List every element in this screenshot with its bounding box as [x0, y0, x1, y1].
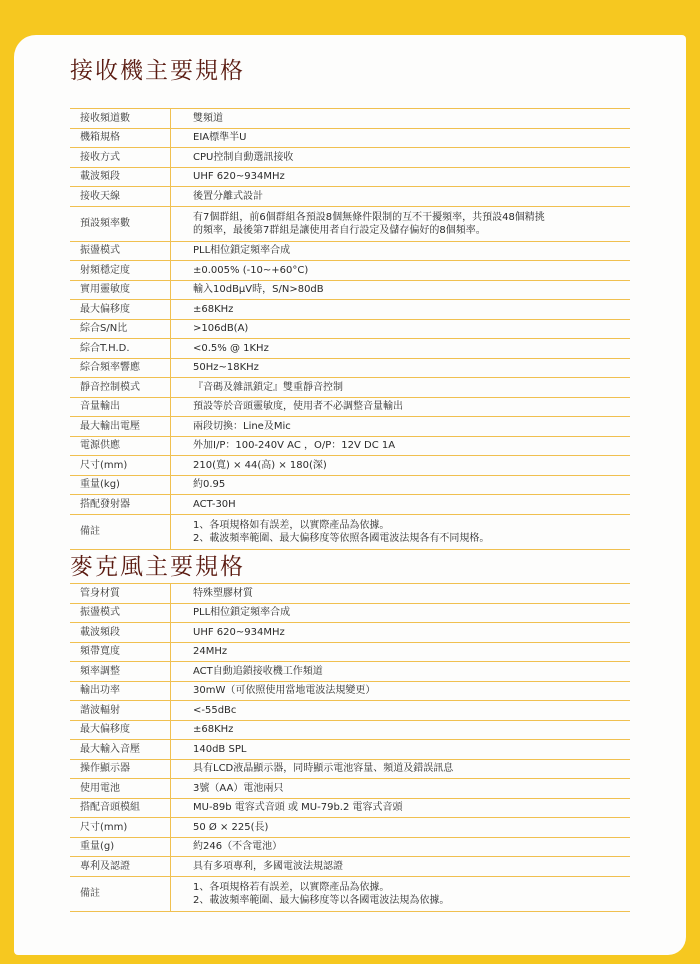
spec-row: 備註1、各項規格如有誤差，以實際產品為依據。2、載波頻率範圍、最大偏移度等依照各… [70, 514, 630, 549]
spec-value-line: 外加I/P：100-240V AC ，O/P：12V DC 1A [193, 439, 630, 452]
spec-value-line: 約246（不含電池） [193, 840, 630, 853]
spec-value-line: MU-89b 電容式音頭 或 MU-79b.2 電容式音頭 [193, 801, 630, 814]
spec-value-line: 2、載波頻率範圍、最大偏移度等以各國電波法規為依據。 [193, 894, 630, 907]
spec-row: 搭配音頭模組MU-89b 電容式音頭 或 MU-79b.2 電容式音頭 [70, 798, 630, 818]
spec-value-line: 50 Ø × 225(長) [193, 821, 630, 834]
spec-value-line: 『音碼及雜訊鎖定』雙重靜音控制 [193, 381, 630, 394]
spec-value: 約0.95 [171, 475, 631, 495]
spec-label: 綜合T.H.D. [70, 339, 171, 359]
spec-label: 實用靈敏度 [70, 280, 171, 300]
spec-row: 振盪模式PLL相位鎖定頻率合成 [70, 603, 630, 623]
spec-value: 預設等於音頭靈敏度，使用者不必調整音量輸出 [171, 397, 631, 417]
spec-value: ±0.005% (-10~+60°C) [171, 261, 631, 281]
spec-row: 頻率調整ACT自動追鎖接收機工作頻道 [70, 662, 630, 682]
spec-row: 接收方式CPU控制自動選訊接收 [70, 148, 630, 168]
spec-label: 最大輸入音壓 [70, 740, 171, 760]
spec-value-line: >106dB(A) [193, 322, 630, 335]
spec-value-line: PLL相位鎖定頻率合成 [193, 606, 630, 619]
spec-label: 最大偏移度 [70, 300, 171, 320]
spec-value-line: 2、載波頻率範圍、最大偏移度等依照各國電波法規各有不同規格。 [193, 532, 630, 545]
spec-label: 尺寸(mm) [70, 456, 171, 476]
spec-value: MU-89b 電容式音頭 或 MU-79b.2 電容式音頭 [171, 798, 631, 818]
spec-value: EIA標準半U [171, 128, 631, 148]
spec-row: 實用靈敏度輸入10dBμV時，S/N>80dB [70, 280, 630, 300]
spec-value: 兩段切換：Line及Mic [171, 417, 631, 437]
spec-value-line: 的頻率，最後第7群組是讓使用者自行設定及儲存偏好的8個頻率。 [193, 224, 630, 237]
spec-value-line: 雙頻道 [193, 112, 630, 125]
spec-label: 最大偏移度 [70, 720, 171, 740]
spec-value-line: 輸入10dBμV時，S/N>80dB [193, 283, 630, 296]
spec-label: 備註 [70, 876, 171, 911]
spec-row: 綜合T.H.D.<0.5% @ 1KHz [70, 339, 630, 359]
spec-label: 載波頻段 [70, 623, 171, 643]
spec-value: PLL相位鎖定頻率合成 [171, 603, 631, 623]
spec-value-line: <-55dBc [193, 704, 630, 717]
spec-row: 備註1、各項規格若有誤差，以實際產品為依據。2、載波頻率範圍、最大偏移度等以各國… [70, 876, 630, 911]
spec-label: 操作顯示器 [70, 759, 171, 779]
spec-label: 射頻穩定度 [70, 261, 171, 281]
spec-value-line: ±68KHz [193, 723, 630, 736]
spec-row: 音量輸出預設等於音頭靈敏度，使用者不必調整音量輸出 [70, 397, 630, 417]
spec-value-line: 24MHz [193, 645, 630, 658]
spec-label: 機箱規格 [70, 128, 171, 148]
spec-value: 50 Ø × 225(長) [171, 818, 631, 838]
spec-row: 射頻穩定度±0.005% (-10~+60°C) [70, 261, 630, 281]
spec-value: ACT-30H [171, 495, 631, 515]
spec-value: 具有多項專利，多國電波法規認證 [171, 857, 631, 877]
microphone-specs-title: 麥克風主要規格 [70, 548, 245, 581]
spec-row: 接收天線後置分離式設計 [70, 187, 630, 207]
spec-label: 管身材質 [70, 584, 171, 604]
receiver-specs-title: 接收機主要規格 [70, 52, 245, 85]
spec-value-line: 具有多項專利，多國電波法規認證 [193, 860, 630, 873]
spec-row: 最大輸出電壓兩段切換：Line及Mic [70, 417, 630, 437]
spec-value-line: 具有LCD液晶顯示器，同時顯示電池容量、頻道及錯誤訊息 [193, 762, 630, 775]
spec-label: 載波頻段 [70, 167, 171, 187]
spec-value: PLL相位鎖定頻率合成 [171, 241, 631, 261]
spec-row: 綜合S/N比>106dB(A) [70, 319, 630, 339]
spec-row: 載波頻段UHF 620~934MHz [70, 167, 630, 187]
spec-value: 3號（AA）電池兩只 [171, 779, 631, 799]
spec-value: CPU控制自動選訊接收 [171, 148, 631, 168]
spec-value: <-55dBc [171, 701, 631, 721]
spec-label: 預設頻率數 [70, 206, 171, 241]
spec-value: <0.5% @ 1KHz [171, 339, 631, 359]
spec-label: 綜合S/N比 [70, 319, 171, 339]
spec-label: 尺寸(mm) [70, 818, 171, 838]
spec-row: 最大輸入音壓140dB SPL [70, 740, 630, 760]
spec-label: 重量(g) [70, 837, 171, 857]
spec-value-line: 1、各項規格若有誤差，以實際產品為依據。 [193, 881, 630, 894]
spec-value-line: 50Hz~18KHz [193, 361, 630, 374]
spec-value: 約246（不含電池） [171, 837, 631, 857]
spec-value-line: 兩段切換：Line及Mic [193, 420, 630, 433]
spec-value-line: 特殊塑膠材質 [193, 587, 630, 600]
spec-row: 尺寸(mm)50 Ø × 225(長) [70, 818, 630, 838]
spec-row: 最大偏移度±68KHz [70, 720, 630, 740]
spec-value-line: CPU控制自動選訊接收 [193, 151, 630, 164]
spec-value: 具有LCD液晶顯示器，同時顯示電池容量、頻道及錯誤訊息 [171, 759, 631, 779]
spec-value: ±68KHz [171, 300, 631, 320]
spec-value-line: 預設等於音頭靈敏度，使用者不必調整音量輸出 [193, 400, 630, 413]
spec-row: 電源供應外加I/P：100-240V AC ，O/P：12V DC 1A [70, 436, 630, 456]
spec-value: 輸入10dBμV時，S/N>80dB [171, 280, 631, 300]
spec-value-line: 140dB SPL [193, 743, 630, 756]
spec-label: 綜合頻率響應 [70, 358, 171, 378]
spec-label: 輸出功率 [70, 681, 171, 701]
spec-row: 操作顯示器具有LCD液晶顯示器，同時顯示電池容量、頻道及錯誤訊息 [70, 759, 630, 779]
spec-label: 備註 [70, 514, 171, 549]
spec-label: 最大輸出電壓 [70, 417, 171, 437]
spec-label: 接收方式 [70, 148, 171, 168]
spec-row: 輸出功率30mW（可依照使用當地電波法規變更） [70, 681, 630, 701]
spec-value: 140dB SPL [171, 740, 631, 760]
spec-label: 諧波輻射 [70, 701, 171, 721]
spec-row: 最大偏移度±68KHz [70, 300, 630, 320]
spec-label: 搭配發射器 [70, 495, 171, 515]
spec-row: 專利及認證具有多項專利，多國電波法規認證 [70, 857, 630, 877]
spec-value: UHF 620~934MHz [171, 167, 631, 187]
spec-value: 外加I/P：100-240V AC ，O/P：12V DC 1A [171, 436, 631, 456]
spec-row: 機箱規格EIA標準半U [70, 128, 630, 148]
spec-row: 使用電池3號（AA）電池兩只 [70, 779, 630, 799]
spec-label: 搭配音頭模組 [70, 798, 171, 818]
spec-label: 頻率調整 [70, 662, 171, 682]
spec-row: 預設頻率數有7個群組，前6個群組各預設8個無條件限制的互不干擾頻率，共預設48個… [70, 206, 630, 241]
spec-row: 靜音控制模式『音碼及雜訊鎖定』雙重靜音控制 [70, 378, 630, 398]
spec-label: 振盪模式 [70, 241, 171, 261]
spec-label: 接收天線 [70, 187, 171, 207]
spec-row: 重量(g)約246（不含電池） [70, 837, 630, 857]
spec-label: 接收頻道數 [70, 109, 171, 129]
receiver-specs-table: 接收頻道數雙頻道機箱規格EIA標準半U接收方式CPU控制自動選訊接收載波頻段UH… [70, 108, 630, 550]
spec-label: 靜音控制模式 [70, 378, 171, 398]
spec-value-line: 後置分離式設計 [193, 190, 630, 203]
spec-value-line: <0.5% @ 1KHz [193, 342, 630, 355]
spec-value-line: 約0.95 [193, 478, 630, 491]
spec-label: 專利及認證 [70, 857, 171, 877]
spec-value-line: PLL相位鎖定頻率合成 [193, 244, 630, 257]
spec-value-line: UHF 620~934MHz [193, 626, 630, 639]
spec-row: 搭配發射器ACT-30H [70, 495, 630, 515]
spec-value-line: 3號（AA）電池兩只 [193, 782, 630, 795]
spec-value: 30mW（可依照使用當地電波法規變更） [171, 681, 631, 701]
spec-value: 特殊塑膠材質 [171, 584, 631, 604]
spec-row: 振盪模式PLL相位鎖定頻率合成 [70, 241, 630, 261]
spec-row: 諧波輻射<-55dBc [70, 701, 630, 721]
spec-value: UHF 620~934MHz [171, 623, 631, 643]
spec-row: 綜合頻率響應50Hz~18KHz [70, 358, 630, 378]
spec-value-line: ACT-30H [193, 498, 630, 511]
spec-label: 重量(kg) [70, 475, 171, 495]
spec-value-line: ±68KHz [193, 303, 630, 316]
spec-row: 重量(kg)約0.95 [70, 475, 630, 495]
spec-value: ±68KHz [171, 720, 631, 740]
spec-value-line: 210(寬) × 44(高) × 180(深) [193, 459, 630, 472]
spec-value: 24MHz [171, 642, 631, 662]
spec-value: >106dB(A) [171, 319, 631, 339]
spec-value: 1、各項規格如有誤差，以實際產品為依據。2、載波頻率範圍、最大偏移度等依照各國電… [171, 514, 631, 549]
spec-value-line: EIA標準半U [193, 131, 630, 144]
spec-value: 有7個群組，前6個群組各預設8個無條件限制的互不干擾頻率，共預設48個精挑的頻率… [171, 206, 631, 241]
spec-value: 210(寬) × 44(高) × 180(深) [171, 456, 631, 476]
spec-value: ACT自動追鎖接收機工作頻道 [171, 662, 631, 682]
spec-label: 電源供應 [70, 436, 171, 456]
spec-row: 管身材質特殊塑膠材質 [70, 584, 630, 604]
spec-value: 後置分離式設計 [171, 187, 631, 207]
spec-value: 『音碼及雜訊鎖定』雙重靜音控制 [171, 378, 631, 398]
spec-value-line: ACT自動追鎖接收機工作頻道 [193, 665, 630, 678]
spec-value-line: ±0.005% (-10~+60°C) [193, 264, 630, 277]
spec-value: 50Hz~18KHz [171, 358, 631, 378]
spec-label: 頻帶寬度 [70, 642, 171, 662]
spec-label: 音量輸出 [70, 397, 171, 417]
spec-row: 接收頻道數雙頻道 [70, 109, 630, 129]
spec-value-line: 30mW（可依照使用當地電波法規變更） [193, 684, 630, 697]
microphone-specs-table: 管身材質特殊塑膠材質振盪模式PLL相位鎖定頻率合成載波頻段UHF 620~934… [70, 583, 630, 912]
spec-row: 尺寸(mm)210(寬) × 44(高) × 180(深) [70, 456, 630, 476]
spec-row: 載波頻段UHF 620~934MHz [70, 623, 630, 643]
spec-value-line: 1、各項規格如有誤差，以實際產品為依據。 [193, 519, 630, 532]
spec-label: 使用電池 [70, 779, 171, 799]
spec-value-line: UHF 620~934MHz [193, 170, 630, 183]
spec-value-line: 有7個群組，前6個群組各預設8個無條件限制的互不干擾頻率，共預設48個精挑 [193, 211, 630, 224]
spec-value: 1、各項規格若有誤差，以實際產品為依據。2、載波頻率範圍、最大偏移度等以各國電波… [171, 876, 631, 911]
spec-label: 振盪模式 [70, 603, 171, 623]
spec-value: 雙頻道 [171, 109, 631, 129]
spec-row: 頻帶寬度24MHz [70, 642, 630, 662]
